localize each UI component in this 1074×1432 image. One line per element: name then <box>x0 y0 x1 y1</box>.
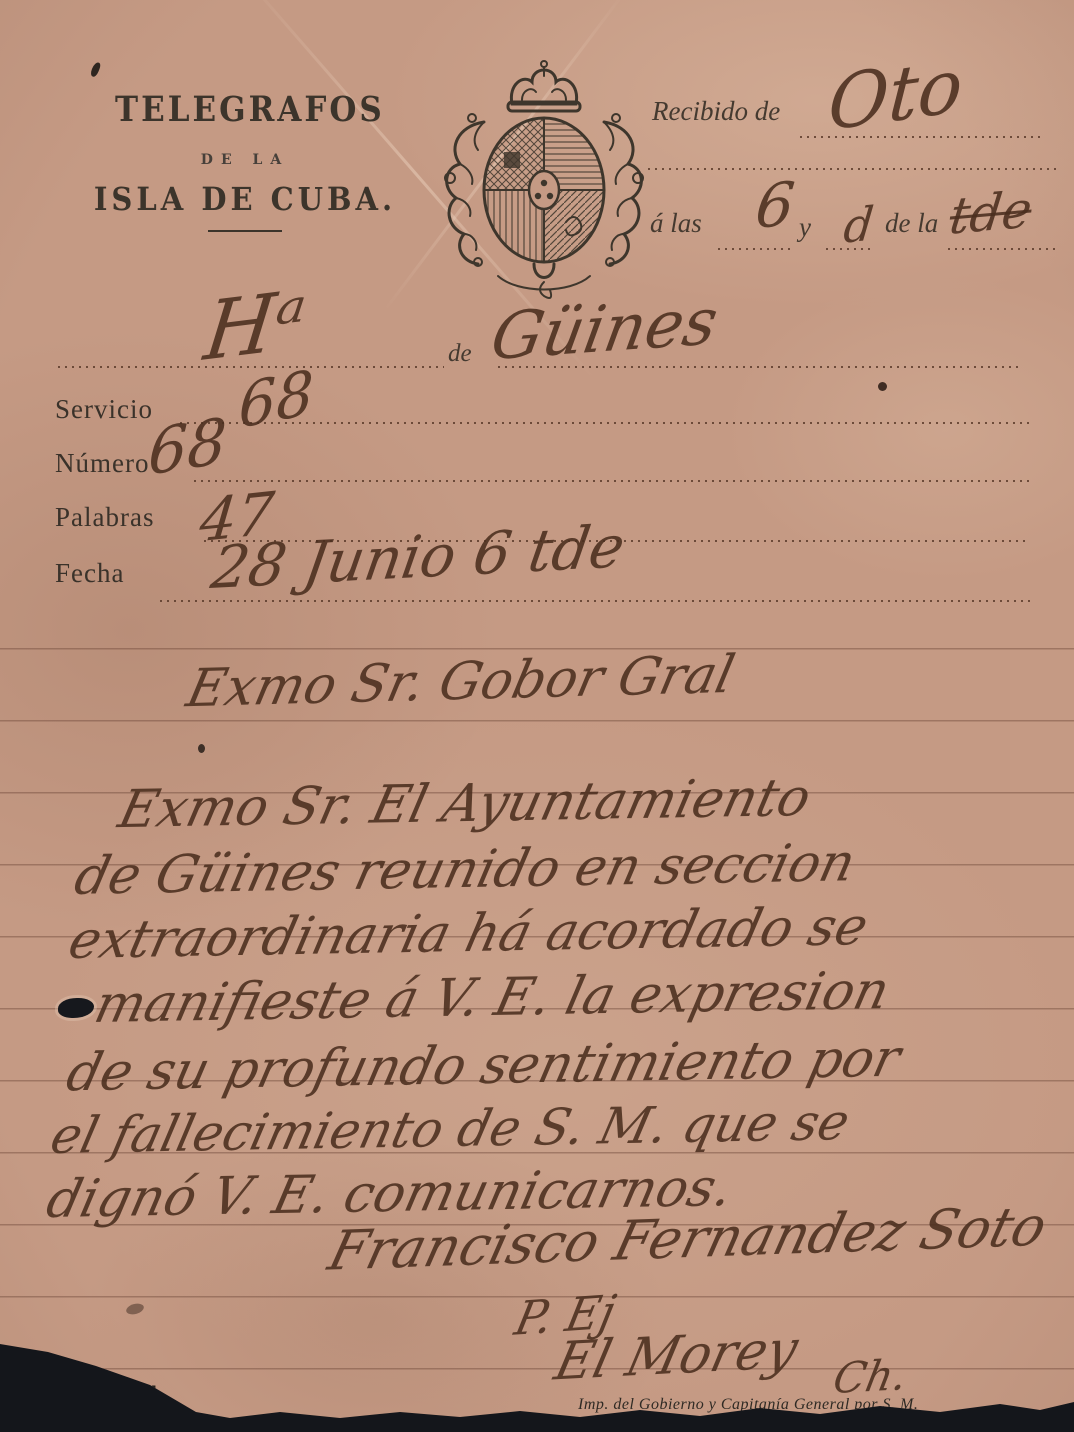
ink-dot <box>878 382 887 391</box>
origin-prefix-handwritten: Hᵃ <box>200 279 309 373</box>
form-number-label: NUM. I. <box>76 1382 168 1404</box>
received-label: Recibido de <box>652 96 780 127</box>
origin-station-handwritten: Güines <box>487 290 723 371</box>
field-label-servicio: Servicio <box>55 394 153 425</box>
field-label-palabras: Palabras <box>55 502 154 533</box>
spanish-royal-coat-of-arms-icon <box>438 56 650 306</box>
paper-sheet: TELEGRAFOS DE LA ISLA DE CUBA. <box>0 0 1074 1432</box>
time-de-la-label: de la <box>885 208 938 239</box>
message-line: manifieste á V. E. la expresion <box>90 965 894 1031</box>
message-line: de su profundo sentimiento por <box>62 1033 905 1100</box>
brand-underline <box>208 230 282 232</box>
time-minutes-handwritten: d <box>842 200 876 250</box>
time-y-label: y <box>799 212 811 243</box>
time-period-dotted <box>948 248 1056 250</box>
received-handwritten-value: Oto <box>826 48 965 142</box>
field-value-numero: 68 <box>147 409 228 485</box>
brand-island: ISLA DE CUBA. <box>70 181 420 218</box>
time-hour-dotted <box>718 248 794 250</box>
field-dotted-numero <box>194 480 1030 482</box>
blank-dotted-line <box>648 168 1056 170</box>
signature-mark: Ch. <box>830 1354 911 1400</box>
signature-operator: El Morey <box>550 1323 803 1388</box>
printer-imprint: Imp. del Gobierno y Capitanía General po… <box>578 1396 918 1414</box>
ink-mark <box>89 61 101 78</box>
paper-speck <box>198 744 205 753</box>
field-label-numero: Número <box>55 448 149 479</box>
message-line: Exmo Sr. Gobor Gral <box>182 649 739 716</box>
time-a-las-label: á las <box>650 208 702 239</box>
message-line: Exmo Sr. El Ayuntamiento <box>114 772 815 836</box>
brand-subtitle: DE LA <box>115 152 375 168</box>
field-dotted-fecha <box>160 600 1030 602</box>
coat-of-arms-emblem <box>438 56 650 306</box>
message-line: el fallecimiento de S. M. que se <box>46 1097 854 1161</box>
field-value-servicio: 68 <box>238 362 314 438</box>
message-line: extraordinaria há acordado se <box>64 901 873 967</box>
message-line: de Güines reunido en seccion <box>70 837 860 903</box>
time-period-handwritten: tde <box>947 184 1035 242</box>
telegram-document: TELEGRAFOS DE LA ISLA DE CUBA. <box>0 0 1074 1432</box>
field-label-fecha: Fecha <box>55 558 124 589</box>
brand-title: TELEGRAFOS <box>115 90 375 130</box>
origin-de-label: de <box>448 340 472 368</box>
time-hour-handwritten: 6 <box>753 174 797 237</box>
